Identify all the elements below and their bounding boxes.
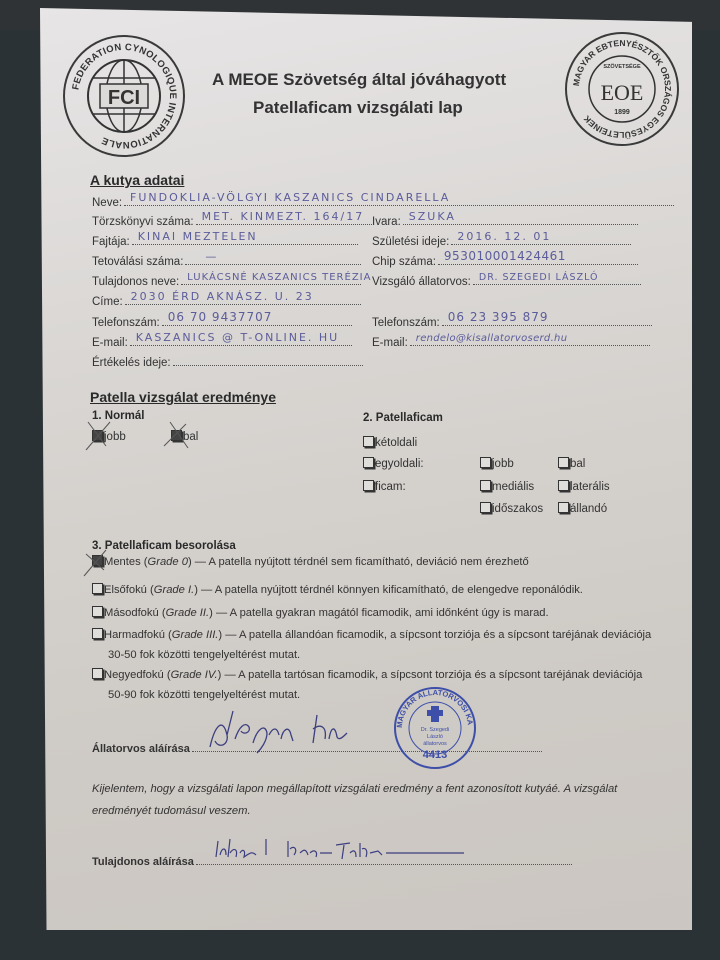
grade-checkbox[interactable] — [92, 628, 103, 639]
owner-signature-icon — [210, 835, 470, 865]
grade-name: Másodfokú — [104, 607, 159, 619]
grade-option[interactable]: Elsőfokú (Grade I.) — A patella nyújtott… — [92, 583, 583, 596]
grade-checkbox[interactable] — [92, 606, 103, 617]
address-field[interactable]: Címe: 2030 ÉRD AKNÁSZ. U. 23 — [92, 292, 361, 308]
bal-label: bal — [570, 458, 585, 470]
checkbox-egyoldali[interactable] — [363, 457, 374, 468]
owner-email-label: E-mail: — [92, 337, 128, 349]
option-ficam[interactable]: ficam: — [363, 480, 406, 493]
checkbox-lateralis[interactable] — [558, 480, 569, 491]
checkbox-medialis[interactable] — [480, 480, 491, 491]
vet-phone-field[interactable]: Telefonszám: 06 23 395 879 — [372, 313, 652, 329]
owner-email-field[interactable]: E-mail: KASZANICS @ T-ONLINE. HU — [92, 333, 352, 349]
grade-checkbox[interactable] — [92, 555, 103, 566]
owner-phone-field[interactable]: Telefonszám: 06 70 9437707 — [92, 313, 352, 329]
name-label: Neve: — [92, 197, 122, 209]
chip-field[interactable]: Chip száma: 953010001424461 — [372, 252, 638, 268]
grade-level: Grade I. — [154, 584, 194, 596]
eval-date-label: Értékelés ideje: — [92, 357, 171, 369]
ketoldali-label: kétoldali — [375, 437, 417, 449]
checkbox-normal-left[interactable] — [171, 430, 182, 441]
grade-option[interactable]: Harmadfokú (Grade III.) — A patella álla… — [92, 628, 651, 641]
sex-label: Ivara: — [372, 216, 401, 228]
breed-value: KINAI MEZTELEN — [138, 230, 258, 243]
owner-email-value: KASZANICS @ T-ONLINE. HU — [136, 331, 339, 344]
registry-field[interactable]: Törzskönyvi száma: MET. KINMEZT. 164/17 — [92, 212, 372, 228]
option-bal[interactable]: bal — [558, 457, 585, 470]
medialis-label: mediális — [492, 481, 534, 493]
checkbox-ficam[interactable] — [363, 480, 374, 491]
vet-name-value: DR. SZEGEDI LÁSZLÓ — [479, 272, 599, 283]
grade-name: Negyedfokú — [104, 669, 164, 681]
grade-description: — A patella gyakran magától ficamodik, a… — [213, 607, 549, 619]
sex-value: SZUKA — [409, 210, 456, 223]
option-jobb[interactable]: jobb — [480, 457, 514, 470]
fci-logo: FEDERATION CYNOLOGIQUE INTERNATIONALE FC… — [63, 35, 185, 157]
option-medialis[interactable]: mediális — [480, 480, 534, 493]
grade-checkbox[interactable] — [92, 668, 103, 679]
checkbox-bal[interactable] — [558, 457, 569, 468]
svg-text:EOE: EOE — [601, 80, 644, 105]
svg-text:1899: 1899 — [614, 109, 630, 116]
vet-email-value: rendelo@kisallatorvoserd.hu — [416, 333, 568, 344]
vet-email-label: E-mail: — [372, 337, 408, 349]
svg-text:László: László — [427, 734, 443, 740]
jobb-label: jobb — [492, 458, 514, 470]
grade-description-cont: 50-90 fok közötti tengelyeltérést mutat. — [108, 689, 300, 701]
results-heading: Patella vizsgálat eredménye — [90, 389, 276, 405]
owner-name-field[interactable]: Tulajdonos neve: LUKÁCSNÉ KASZANICS TERÉ… — [92, 272, 361, 288]
egyoldali-label: egyoldali: — [375, 458, 424, 470]
grade-checkbox[interactable] — [92, 583, 103, 594]
owner-name-value: LUKÁCSNÉ KASZANICS TERÉZIA — [187, 272, 371, 283]
breed-label: Fajtája: — [92, 236, 130, 248]
option-lateralis[interactable]: laterális — [558, 480, 610, 493]
grade-level: Grade 0 — [148, 556, 188, 568]
normal-left-option[interactable]: bal — [171, 430, 198, 443]
grade-option[interactable]: Mentes (Grade 0) — A patella nyújtott té… — [92, 555, 529, 568]
checkbox-idoszakos[interactable] — [480, 502, 491, 513]
checkbox-jobb[interactable] — [480, 457, 491, 468]
svg-text:FCI: FCI — [108, 87, 140, 109]
birth-date-label: Születési ideje: — [372, 236, 449, 248]
name-value: FUNDOKLIA-VÖLGYI KASZANICS CINDARELLA — [130, 191, 450, 204]
checkbox-ketoldali[interactable] — [363, 436, 374, 447]
address-value: 2030 ÉRD AKNÁSZ. U. 23 — [131, 290, 314, 303]
grade-option[interactable]: Negyedfokú (Grade IV.) — A patella tartó… — [92, 668, 642, 681]
vet-phone-value: 06 23 395 879 — [448, 310, 549, 324]
breed-field[interactable]: Fajtája: KINAI MEZTELEN — [92, 232, 358, 248]
chip-label: Chip száma: — [372, 256, 436, 268]
grade-description: — A patella nyújtott térdnél könnyen kif… — [198, 584, 583, 596]
vet-chamber-stamp: MAGYAR ÁLLATORVOSI KAMARA Dr. Szegedi Lá… — [393, 686, 477, 770]
vet-name-field[interactable]: Vizsgáló állatorvos: DR. SZEGEDI LÁSZLÓ — [372, 272, 641, 288]
vet-signature-label: Állatorvos aláírása — [92, 743, 190, 755]
registry-label: Törzskönyvi száma: — [92, 216, 194, 228]
form-subtitle: Patellaficam vizsgálati lap — [253, 98, 463, 118]
grade-name: Harmadfokú — [104, 629, 165, 641]
grade-level: Grade IV. — [171, 669, 218, 681]
meoe-emblem-icon: MAGYAR EBTENYÉSZTŐK ORSZÁGOS EGYESÜLETEI… — [567, 34, 677, 144]
lateralis-label: laterális — [570, 481, 610, 493]
declaration-line-1: Kijelentem, hogy a vizsgálati lapon megá… — [92, 783, 617, 795]
grade-level: Grade II. — [166, 607, 210, 619]
tattoo-value: — — [205, 250, 218, 263]
normal-heading: 1. Normál — [92, 410, 144, 422]
tattoo-field[interactable]: Tetoválási száma: — — [92, 252, 361, 268]
vet-name-label: Vizsgáló állatorvos: — [372, 276, 471, 288]
checkbox-allando[interactable] — [558, 502, 569, 513]
option-ketoldali[interactable]: kétoldali — [363, 436, 417, 449]
idoszakos-label: időszakos — [492, 503, 543, 515]
normal-left-label: bal — [183, 431, 198, 443]
owner-phone-value: 06 70 9437707 — [168, 310, 273, 324]
ficam-label: ficam: — [375, 481, 406, 493]
allando-label: állandó — [570, 503, 607, 515]
grade-level: Grade III. — [172, 629, 219, 641]
fci-globe-icon: FEDERATION CYNOLOGIQUE INTERNATIONALE FC… — [65, 37, 183, 155]
option-idoszakos[interactable]: időszakos — [480, 502, 543, 515]
dog-data-heading: A kutya adatai — [90, 172, 184, 188]
vet-email-field[interactable]: E-mail: rendelo@kisallatorvoserd.hu — [372, 333, 650, 349]
meoe-logo: MAGYAR EBTENYÉSZTŐK ORSZÁGOS EGYESÜLETEI… — [565, 32, 679, 146]
declaration-line-2: eredményét tudomásul veszem. — [92, 805, 251, 817]
owner-name-label: Tulajdonos neve: — [92, 276, 179, 288]
owner-signature-label: Tulajdonos aláírása — [92, 856, 194, 868]
vet-signature-icon — [205, 705, 355, 755]
grade-option[interactable]: Másodfokú (Grade II.) — A patella gyakra… — [92, 606, 549, 619]
grade-name: Mentes — [104, 556, 141, 568]
owner-phone-label: Telefonszám: — [92, 317, 160, 329]
grade-description-cont: 30-50 fok közötti tengelyeltérést mutat. — [108, 649, 300, 661]
address-label: Címe: — [92, 296, 123, 308]
registry-value: MET. KINMEZT. 164/17 — [202, 210, 365, 223]
stamp-icon: MAGYAR ÁLLATORVOSI KAMARA Dr. Szegedi Lá… — [393, 686, 477, 770]
name-field[interactable]: Neve: FUNDOKLIA-VÖLGYI KASZANICS CINDARE… — [92, 193, 674, 209]
grade-description: — A patella nyújtott térdnél sem ficamít… — [192, 556, 529, 568]
svg-text:Dr. Szegedi: Dr. Szegedi — [421, 727, 449, 733]
eval-date-field[interactable]: Értékelés ideje: — [92, 353, 363, 369]
svg-text:SZÖVETSÉGE: SZÖVETSÉGE — [603, 62, 641, 70]
luxation-heading: 2. Patellaficam — [363, 412, 443, 424]
vet-phone-label: Telefonszám: — [372, 317, 440, 329]
option-allando[interactable]: állandó — [558, 502, 607, 515]
birth-date-field[interactable]: Születési ideje: 2016. 12. 01 — [372, 232, 631, 248]
option-egyoldali[interactable]: egyoldali: — [363, 457, 424, 470]
grade-name: Elsőfokú — [104, 584, 147, 596]
svg-text:4413: 4413 — [423, 749, 447, 761]
tattoo-label: Tetoválási száma: — [92, 256, 183, 268]
svg-text:állatorvos: állatorvos — [423, 741, 447, 747]
form-title: A MEOE Szövetség által jóváhagyott — [212, 70, 506, 90]
checkbox-normal-right[interactable] — [92, 430, 103, 441]
grading-heading: 3. Patellaficam besorolása — [92, 540, 236, 552]
grade-description: — A patella tartósan ficamodik, a sípcso… — [221, 669, 642, 681]
normal-right-label: jobb — [104, 431, 126, 443]
grade-description: — A patella állandóan ficamodik, a sípcs… — [222, 629, 651, 641]
chip-value: 953010001424461 — [444, 249, 566, 263]
birth-date-value: 2016. 12. 01 — [457, 230, 551, 243]
sex-field[interactable]: Ivara: SZUKA — [372, 212, 638, 228]
normal-right-option[interactable]: jobb — [92, 430, 126, 443]
